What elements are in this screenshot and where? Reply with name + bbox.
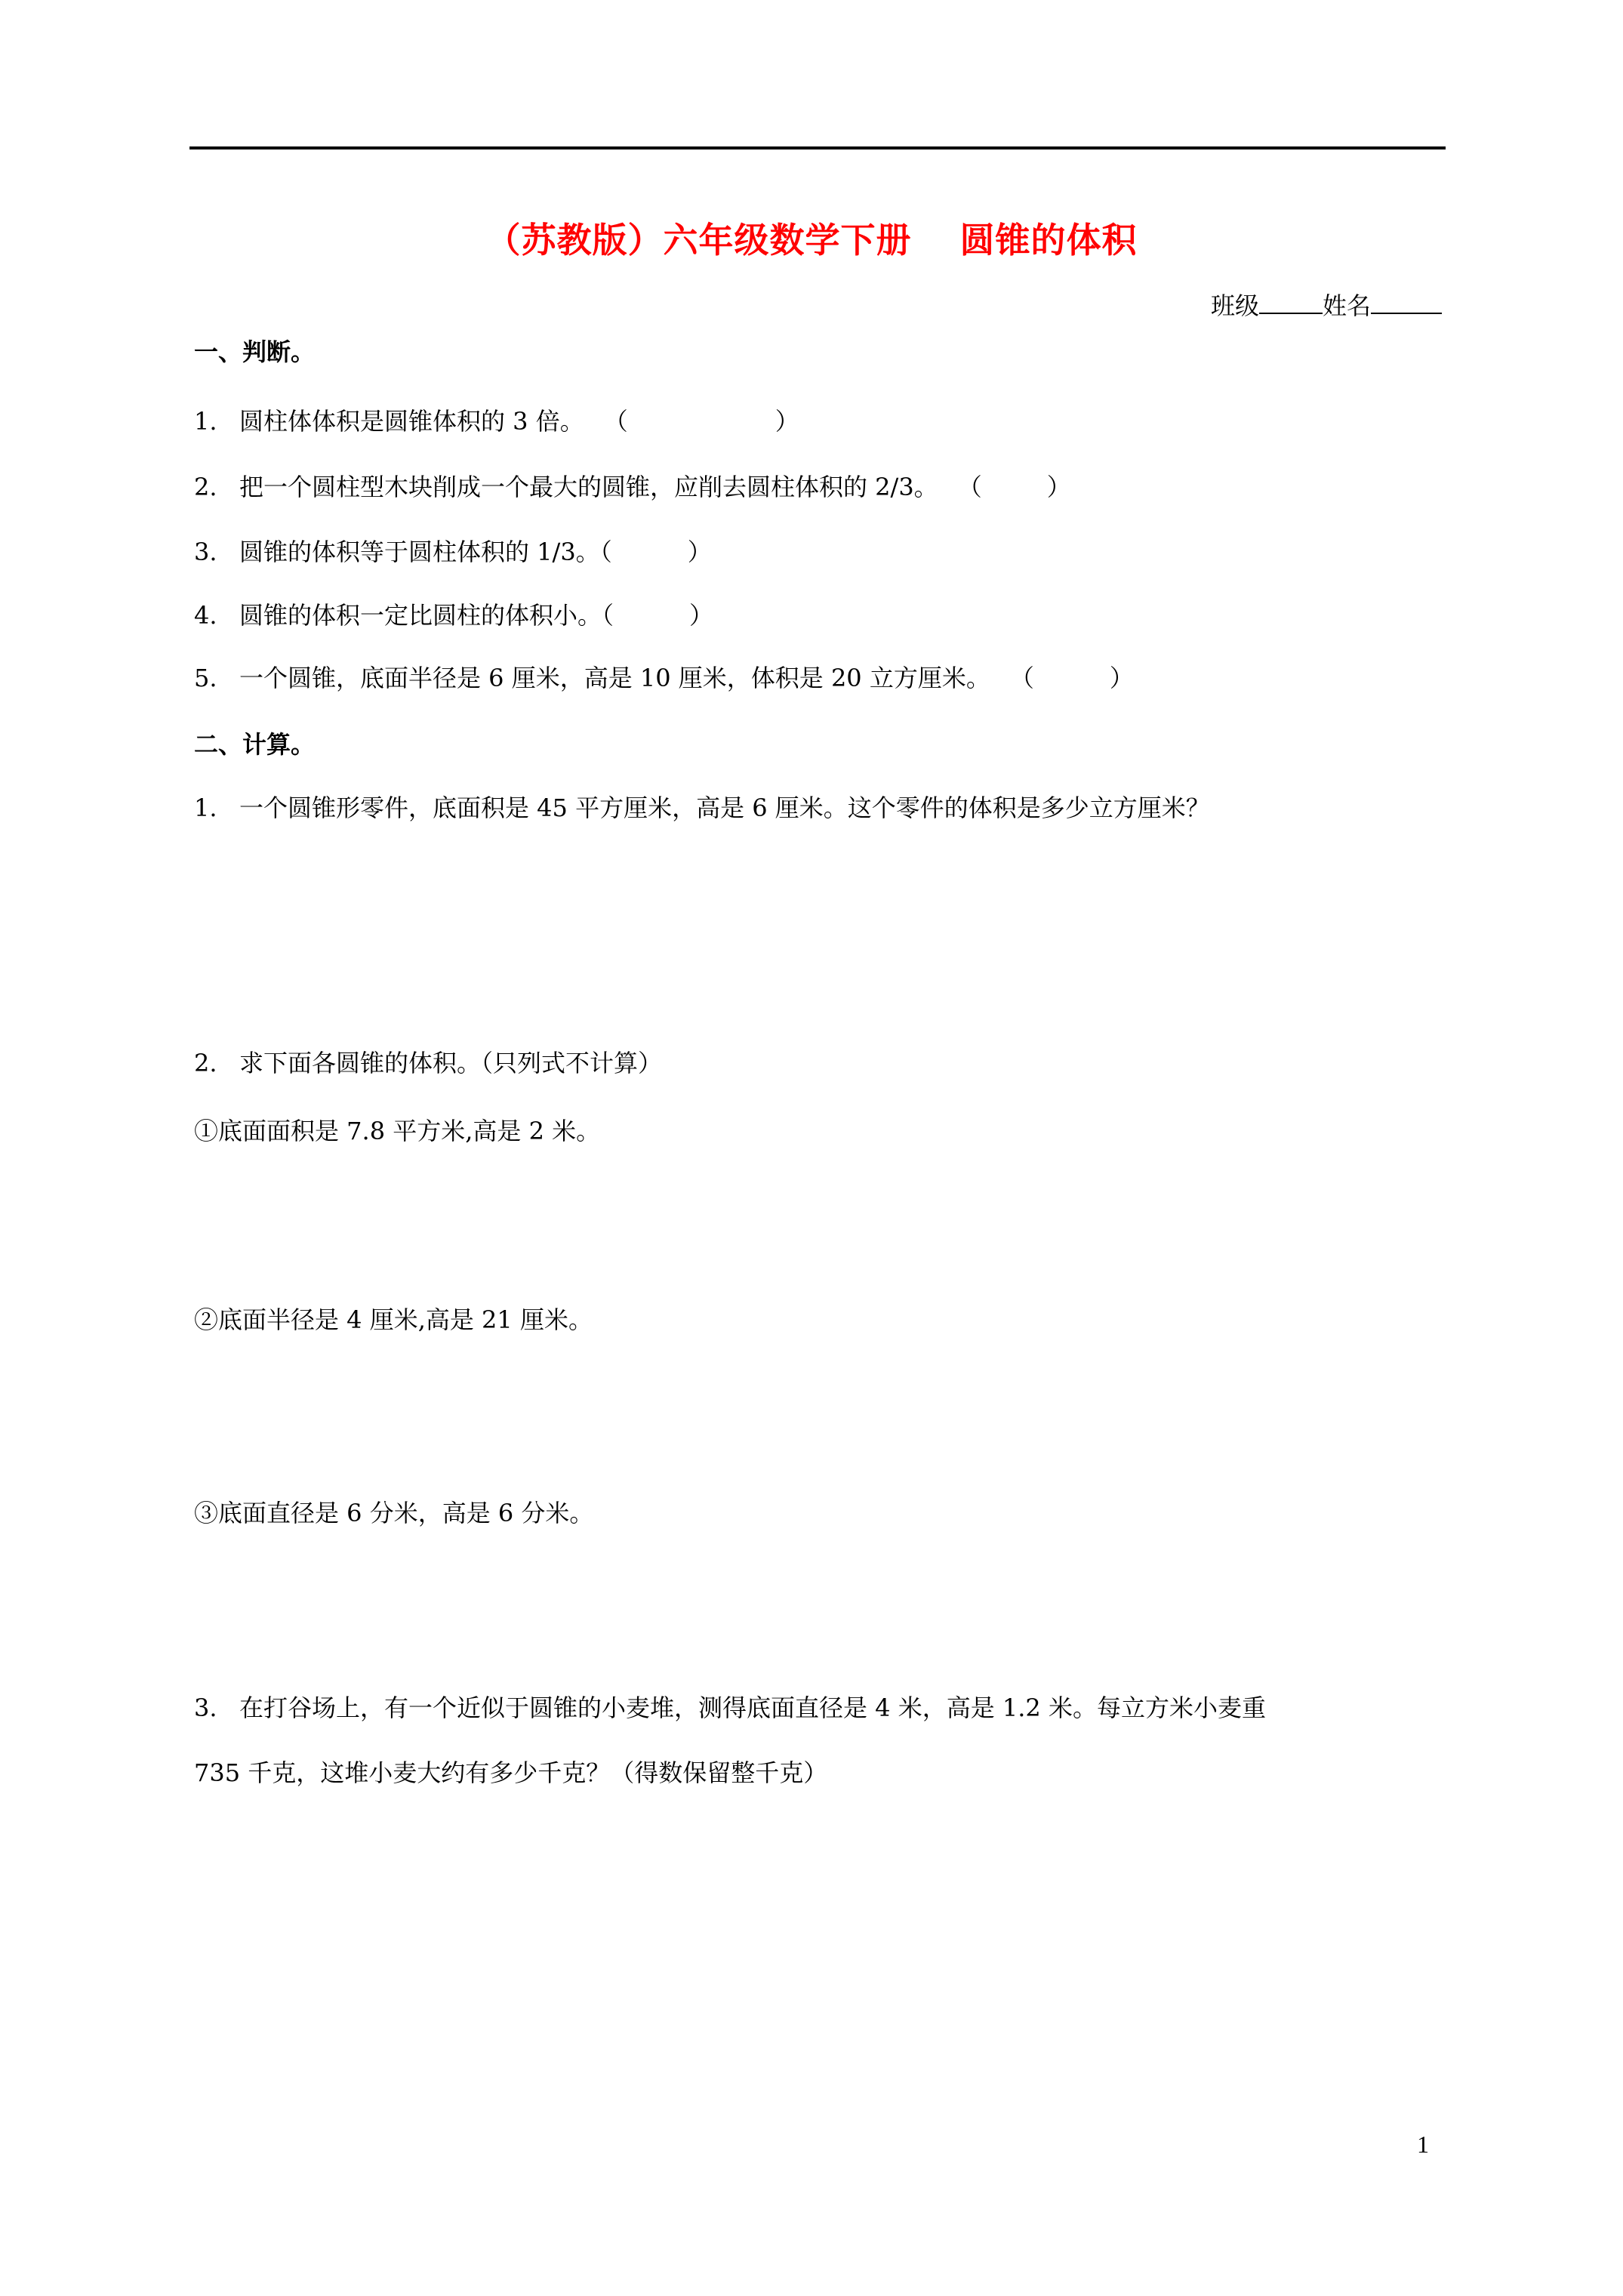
page-title: （苏教版）六年级数学下册圆锥的体积	[0, 213, 1623, 263]
name-blank[interactable]	[1371, 291, 1442, 314]
name-label: 姓名	[1323, 291, 1371, 320]
page-number: 1	[1417, 2131, 1429, 2159]
student-info-fields: 班级姓名	[1211, 291, 1442, 321]
question-item: 5.一个圆锥，底面半径是 6 厘米，高是 10 厘米，体积是 20 立方厘米。（…	[194, 663, 1134, 693]
question-item: 1.一个圆锥形零件，底面积是 45 平方厘米，高是 6 厘米。这个零件的体积是多…	[194, 793, 1210, 823]
question-item: 1.圆柱体体积是圆锥体积的 3 倍。（）	[194, 406, 799, 436]
section-heading-calculation: 二、计算。	[194, 729, 315, 760]
class-label: 班级	[1211, 291, 1259, 320]
question-item: 3.在打谷场上，有一个近似于圆锥的小麦堆，测得底面直径是 4 米，高是 1.2 …	[194, 1693, 1266, 1723]
section-heading-judgment: 一、判断。	[194, 337, 315, 367]
sub-question: ③底面直径是 6 分米，高是 6 分米。	[194, 1498, 593, 1528]
sub-question: ②底面半径是 4 厘米,高是 21 厘米。	[194, 1305, 593, 1335]
title-topic: 圆锥的体积	[960, 220, 1138, 260]
sub-question: ①底面面积是 7.8 平方米,高是 2 米。	[194, 1116, 600, 1146]
question-item: 2.把一个圆柱型木块削成一个最大的圆锥，应削去圆柱体积的 2/3。（）	[194, 472, 1071, 502]
question-item: 2.求下面各圆锥的体积。（只列式不计算）	[194, 1048, 662, 1078]
header-rule	[189, 146, 1446, 149]
question-item: 3.圆锥的体积等于圆柱体积的 1/3。（）	[194, 537, 712, 567]
question-item: 4.圆锥的体积一定比圆柱的体积小。（）	[194, 600, 713, 630]
class-blank[interactable]	[1259, 291, 1323, 314]
question-item-continuation: 735 千克，这堆小麦大约有多少千克？（得数保留整千克）	[194, 1758, 827, 1788]
title-prefix: （苏教版）六年级数学下册	[486, 220, 912, 260]
